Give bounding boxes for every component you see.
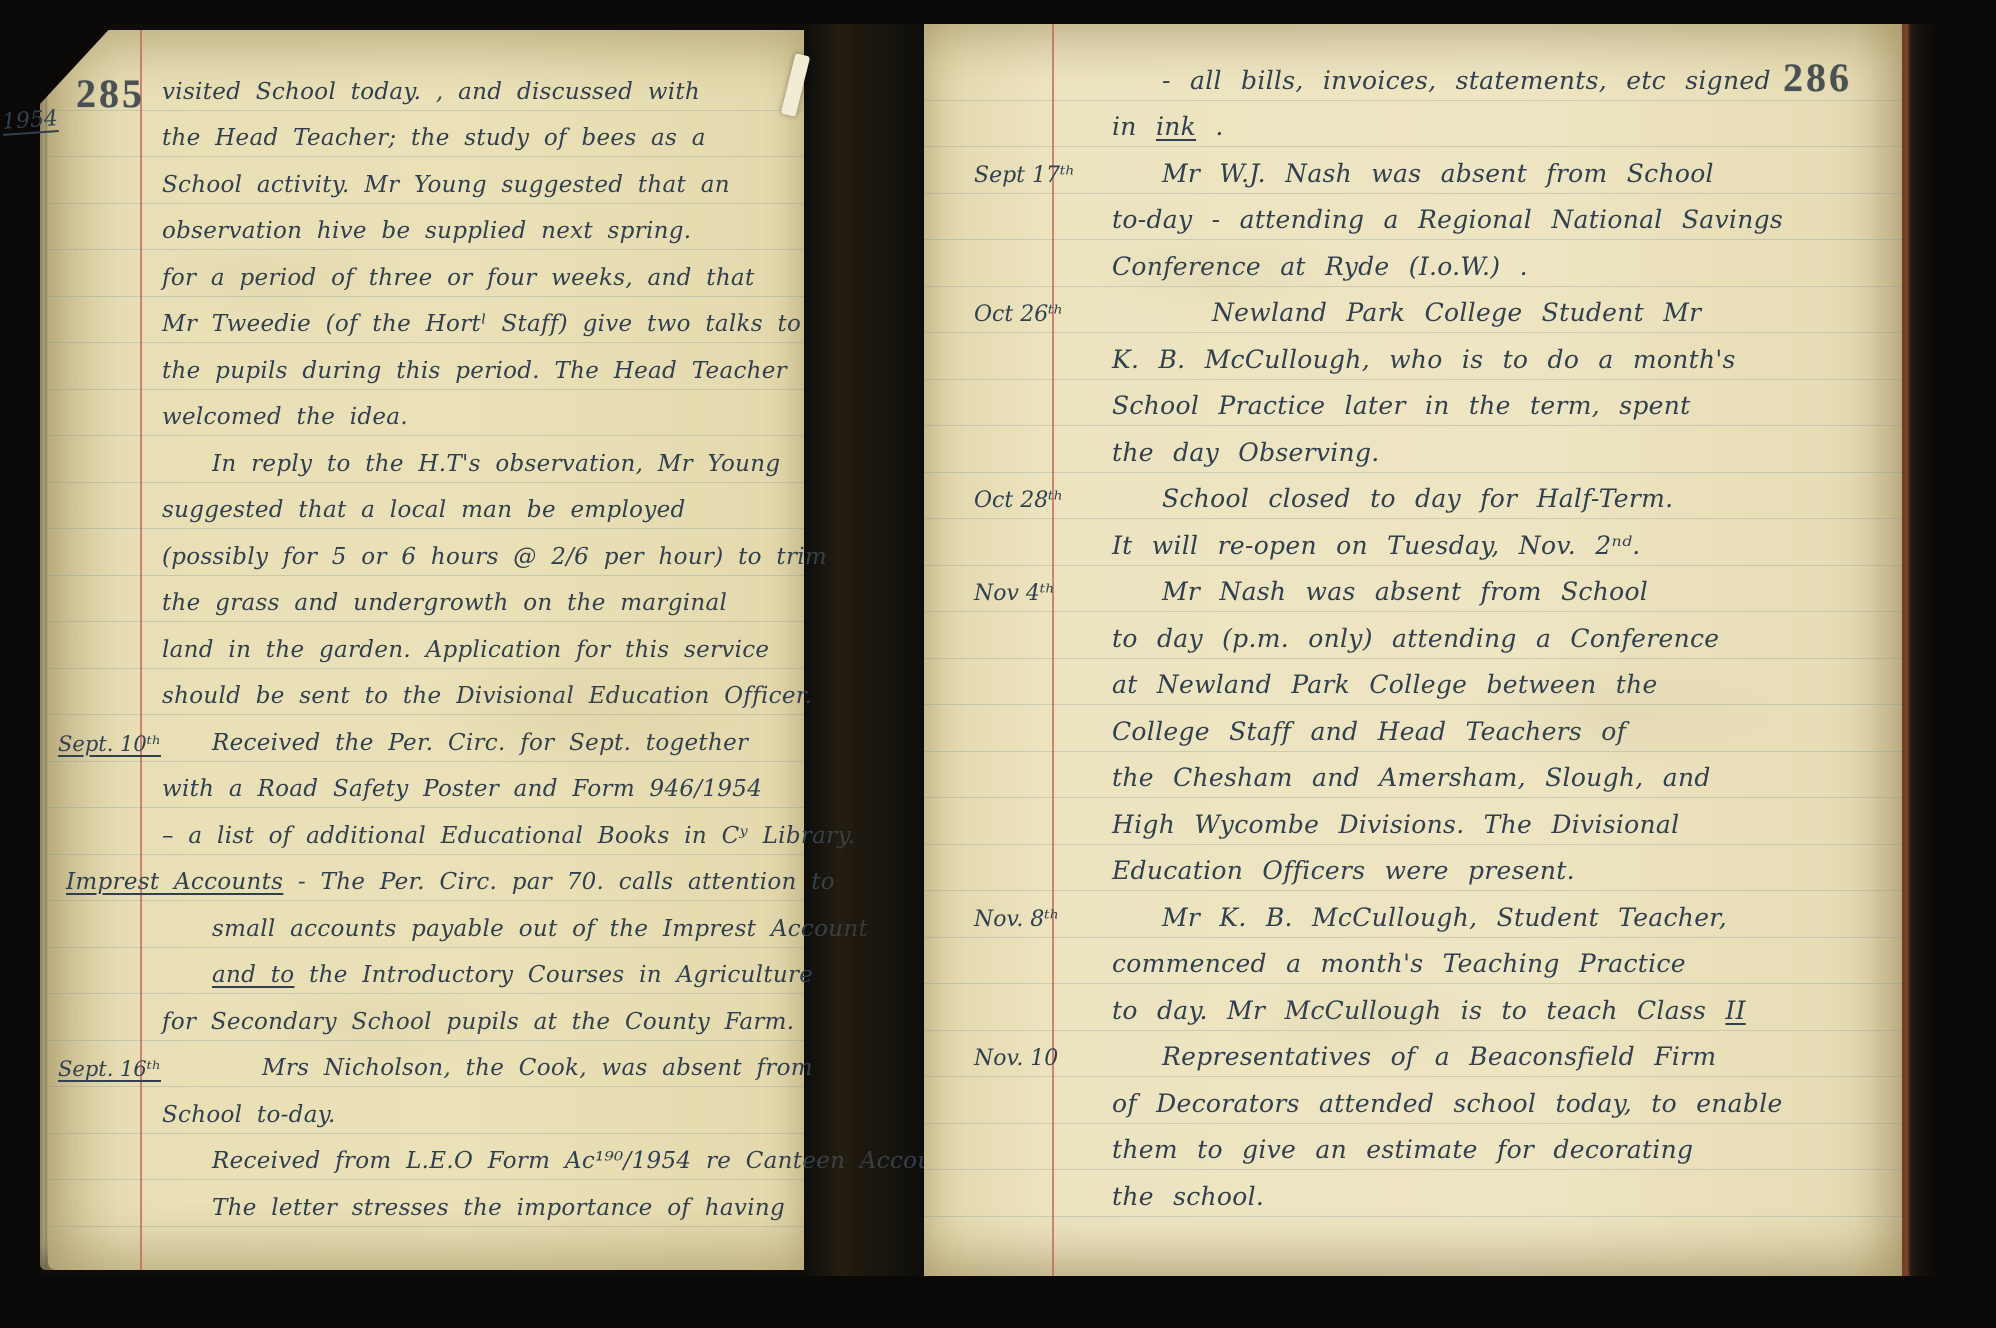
entry-text: should be sent to the Divisional Educati… [162,683,812,714]
margin-date [48,570,154,575]
entry-text-segment: the Introductory Courses in Agriculture [294,962,813,988]
entry-row: Mr Tweedie (of the Hortˡ Staff) give two… [48,297,804,344]
entry-row: the grass and undergrowth on the margina… [48,576,804,623]
entry-row: – a list of additional Educational Books… [48,808,804,855]
entry-text-segment: Received from L.E.O Form Ac¹⁹⁰/1954 re C… [212,1148,969,1174]
logbook: 285 1954 visited School today. , and dis… [40,24,1936,1276]
margin-date: Oct 28ᵗʰ [924,488,1104,518]
entry-text: College Staff and Head Teachers of [1112,717,1626,751]
entry-text: K. B. McCullough, who is to do a month's [1112,345,1736,379]
entry-row: them to give an estimate for decorating [924,1124,1912,1171]
entry-text-segment: Mr W.J. Nash was absent from School [1162,159,1714,188]
entry-row: with a Road Safety Poster and Form 946/1… [48,762,804,809]
margin-date [48,849,154,854]
entry-text: to-day - attending a Regional National S… [1112,205,1783,239]
entry-text: suggested that a local man be employed [162,497,686,528]
entry-row: suggested that a local man be employed [48,483,804,530]
entry-text: the pupils during this period. The Head … [162,358,787,389]
entry-row: Oct 28ᵗʰSchool closed to day for Half-Te… [924,473,1912,520]
entry-row: Nov. 10Representatives of a Beaconsfield… [924,1031,1912,1078]
entry-row: School Practice later in the term, spent [924,380,1912,427]
margin-date [48,942,154,947]
entry-row: Imprest Accounts - The Per. Circ. par 70… [48,855,804,902]
margin-date [48,523,154,528]
entry-row: The letter stresses the importance of ha… [48,1180,804,1227]
margin-date [48,291,154,296]
margin-date: Oct 26ᵗʰ [924,302,1104,332]
entry-row: Sept. 10ᵗʰReceived the Per. Circ. for Se… [48,715,804,762]
entry-row: to day (p.m. only) attending a Conferenc… [924,612,1912,659]
margin-date [924,1025,1104,1030]
entry-text: the grass and undergrowth on the margina… [162,590,727,621]
entry-row: and to the Introductory Courses in Agric… [48,948,804,995]
entry-text-segment: The letter stresses the importance of ha… [212,1195,785,1221]
margin-date [924,1118,1104,1123]
binding-edge [1902,24,1936,1276]
entry-text-segment: It will re-open on Tuesday, Nov. 2ⁿᵈ. [1112,531,1640,560]
margin-date [924,1211,1104,1216]
right-page: 286 - all bills, invoices, statements, e… [924,24,1912,1276]
entry-row: High Wycombe Divisions. The Divisional [924,798,1912,845]
entry-text: for a period of three or four weeks, and… [162,265,754,296]
entry-row: the day Observing. [924,426,1912,473]
entry-text: Representatives of a Beaconsfield Firm [1162,1042,1716,1076]
entry-text-segment: small accounts payable out of the Impres… [212,916,868,942]
entry-text: (possibly for 5 or 6 hours @ 2/6 per hou… [162,544,827,575]
entry-row: for Secondary School pupils at the Count… [48,994,804,1041]
entry-row: It will re-open on Tuesday, Nov. 2ⁿᵈ. [924,519,1912,566]
entry-row: School to-day. [48,1087,804,1134]
margin-date [924,95,1104,100]
entry-text-segment: Mr Tweedie (of the Hortˡ Staff) give two… [162,311,801,337]
entry-text: In reply to the H.T's observation, Mr Yo… [212,451,780,482]
entry-row: the Chesham and Amersham, Slough, and [924,752,1912,799]
margin-date [48,1221,154,1226]
entry-text: to day (p.m. only) attending a Conferenc… [1112,624,1719,658]
entries-left: visited School today. , and discussed wi… [48,64,804,1227]
entry-row: K. B. McCullough, who is to do a month's [924,333,1912,380]
entry-text-segment: for a period of three or four weeks, and… [162,265,754,291]
margin-date [48,988,154,993]
margin-date [924,792,1104,797]
entry-text-segment: School activity. Mr Young suggested that… [162,172,730,198]
entry-text-segment: the pupils during this period. The Head … [162,358,787,384]
entry-text: them to give an estimate for decorating [1112,1135,1693,1169]
margin-date [48,802,154,807]
entry-text-segment: Newland Park College Student Mr [1212,298,1701,327]
entry-text-segment: – a list of additional Educational Books… [162,823,855,849]
entry-text-segment: to day (p.m. only) attending a Conferenc… [1112,624,1719,653]
entry-text-segment: for Secondary School pupils at the Count… [162,1009,794,1035]
entry-text: Mr Nash was absent from School [1162,577,1648,611]
entry-text: visited School today. , and discussed wi… [162,79,700,110]
entry-text-segment: College Staff and Head Teachers of [1112,717,1626,746]
entry-text: High Wycombe Divisions. The Divisional [1112,810,1679,844]
margin-date [924,281,1104,286]
entry-text-segment: the Chesham and Amersham, Slough, and [1112,763,1711,792]
entry-text: and to the Introductory Courses in Agric… [212,962,813,993]
margin-date [924,653,1104,658]
margin-date: Sept. 10ᵗʰ [48,732,154,761]
margin-date [48,198,154,203]
entry-text: the Chesham and Amersham, Slough, and [1112,763,1711,797]
entry-row: welcomed the idea. [48,390,804,437]
margin-date [48,709,154,714]
entry-text-segment: and to [212,962,294,988]
entry-text: welcomed the idea. [162,404,408,435]
margin-date [48,151,154,156]
entry-text-segment: them to give an estimate for decorating [1112,1135,1693,1164]
entry-text-segment: II [1725,996,1745,1025]
margin-date: Sept. 16ᵗʰ [48,1057,154,1086]
margin-date [48,384,154,389]
entry-text-segment: School Practice later in the term, spent [1112,391,1690,420]
entry-text-segment: Mr Nash was absent from School [1162,577,1648,606]
margin-date [924,978,1104,983]
entry-row: the Head Teacher; the study of bees as a [48,111,804,158]
margin-date: Nov. 8ᵗʰ [924,907,1104,937]
margin-date [48,1128,154,1133]
entry-text-segment: the Head Teacher; the study of bees as a [162,125,706,151]
margin-date [48,244,154,249]
entry-text-segment: welcomed the idea. [162,404,408,430]
margin-date [924,141,1104,146]
left-page: 285 1954 visited School today. , and dis… [48,30,804,1270]
margin-date: Nov. 10 [924,1046,1104,1076]
entry-text: with a Road Safety Poster and Form 946/1… [162,776,762,807]
entry-text: the school. [1112,1182,1264,1216]
entry-row: of Decorators attended school today, to … [924,1077,1912,1124]
entry-row: Conference at Ryde (I.o.W.) . [924,240,1912,287]
margin-date: Nov 4ᵗʰ [924,581,1104,611]
entry-text: for Secondary School pupils at the Count… [162,1009,794,1040]
entry-text-segment: commenced a month's Teaching Practice [1112,949,1686,978]
margin-date [924,885,1104,890]
entry-text: the Head Teacher; the study of bees as a [162,125,706,156]
entry-row: Received from L.E.O Form Ac¹⁹⁰/1954 re C… [48,1134,804,1181]
margin-date [48,430,154,435]
entry-text-segment: School to-day. [162,1102,336,1128]
entry-text: School activity. Mr Young suggested that… [162,172,730,203]
entry-text-segment: of Decorators attended school today, to … [1112,1089,1783,1118]
entry-row: for a period of three or four weeks, and… [48,250,804,297]
entry-text: commenced a month's Teaching Practice [1112,949,1686,983]
entry-row: land in the garden. Application for this… [48,622,804,669]
entry-text: Mr W.J. Nash was absent from School [1162,159,1714,193]
entry-text: Conference at Ryde (I.o.W.) . [1112,252,1528,286]
margin-date [924,467,1104,472]
entry-text-segment: to-day - attending a Regional National S… [1112,205,1783,234]
entry-text-segment: land in the garden. Application for this… [162,637,769,663]
entry-text: It will re-open on Tuesday, Nov. 2ⁿᵈ. [1112,531,1640,565]
margin-date [48,337,154,342]
entry-text: observation hive be supplied next spring… [162,218,691,249]
entry-row: observation hive be supplied next spring… [48,204,804,251]
margin-date [924,1164,1104,1169]
entry-row: should be sent to the Divisional Educati… [48,669,804,716]
entry-text: School Practice later in the term, spent [1112,391,1690,425]
entry-row: Nov. 8ᵗʰMr K. B. McCullough, Student Tea… [924,891,1912,938]
entry-text-segment: K. B. McCullough, who is to do a month's [1112,345,1736,374]
entry-text-segment: (possibly for 5 or 6 hours @ 2/6 per hou… [162,544,827,570]
margin-date [48,477,154,482]
entry-row: to day. Mr McCullough is to teach Class … [924,984,1912,1031]
entry-text: Education Officers were present. [1112,856,1575,890]
entry-text-segment: . [1196,112,1224,141]
entry-text-segment: should be sent to the Divisional Educati… [162,683,812,709]
entry-text: in ink . [1112,112,1224,146]
entry-row: College Staff and Head Teachers of [924,705,1912,752]
entry-text-segment: Received the Per. Circ. for Sept. togeth… [212,730,748,756]
entry-text-segment: observation hive be supplied next spring… [162,218,691,244]
entry-text-segment: ink [1156,112,1196,141]
entry-row: the pupils during this period. The Head … [48,343,804,390]
entry-row: commenced a month's Teaching Practice [924,938,1912,985]
margin-date [48,663,154,668]
entry-text: small accounts payable out of the Impres… [212,916,868,947]
entry-text: Mr K. B. McCullough, Student Teacher, [1162,903,1727,937]
entry-row: Nov 4ᵗʰMr Nash was absent from School [924,566,1912,613]
entry-text: Newland Park College Student Mr [1212,298,1701,332]
margin-date [48,105,154,110]
entries-right: - all bills, invoices, statements, etc s… [924,54,1912,1217]
entry-text: of Decorators attended school today, to … [1112,1089,1783,1123]
entry-row: Sept 17ᵗʰMr W.J. Nash was absent from Sc… [924,147,1912,194]
entry-text: Mrs Nicholson, the Cook, was absent from [262,1055,813,1086]
entry-text-segment: Representatives of a Beaconsfield Firm [1162,1042,1716,1071]
entry-text-segment: In reply to the H.T's observation, Mr Yo… [212,451,780,477]
entry-row: Oct 26ᵗʰNewland Park College Student Mr [924,287,1912,334]
entry-text-segment: Education Officers were present. [1112,856,1575,885]
entry-row: the school. [924,1170,1912,1217]
gutter-shadow [804,24,924,1276]
entry-text-segment: to day. Mr McCullough is to teach Class [1112,996,1725,1025]
entry-text: School closed to day for Half-Term. [1162,484,1673,518]
entry-text-segment: in [1112,112,1156,141]
entry-text: Received the Per. Circ. for Sept. togeth… [212,730,748,761]
entry-text: Received from L.E.O Form Ac¹⁹⁰/1954 re C… [212,1148,969,1179]
entry-text: Imprest Accounts - The Per. Circ. par 70… [66,869,835,900]
entry-text: – a list of additional Educational Books… [162,823,855,854]
margin-date [924,699,1104,704]
entry-row: (possibly for 5 or 6 hours @ 2/6 per hou… [48,529,804,576]
entry-text: School to-day. [162,1102,336,1133]
margin-date [48,1035,154,1040]
entry-text-segment: School closed to day for Half-Term. [1162,484,1673,513]
entry-text-segment: - all bills, invoices, statements, etc s… [1162,66,1771,95]
entry-text-segment: visited School today. , and discussed wi… [162,79,700,105]
entry-text-segment: Conference at Ryde (I.o.W.) . [1112,252,1528,281]
entry-row: at Newland Park College between the [924,659,1912,706]
entry-row: small accounts payable out of the Impres… [48,901,804,948]
entry-text-segment: suggested that a local man be employed [162,497,686,523]
entry-text: Mr Tweedie (of the Hortˡ Staff) give two… [162,311,801,342]
margin-date: Sept 17ᵗʰ [924,163,1104,193]
entry-text: land in the garden. Application for this… [162,637,769,668]
entry-row: In reply to the H.T's observation, Mr Yo… [48,436,804,483]
entry-row: School activity. Mr Young suggested that… [48,157,804,204]
entry-text-segment: Mrs Nicholson, the Cook, was absent from [262,1055,813,1081]
entry-text: the day Observing. [1112,438,1380,472]
entry-row: Education Officers were present. [924,845,1912,892]
entry-row: in ink . [924,101,1912,148]
margin-date [924,746,1104,751]
entry-text: at Newland Park College between the [1112,670,1658,704]
margin-date [48,1174,154,1179]
entry-text-segment: the school. [1112,1182,1264,1211]
entry-text: - all bills, invoices, statements, etc s… [1162,66,1771,100]
entry-text-segment: Mr K. B. McCullough, Student Teacher, [1162,903,1727,932]
margin-date [924,839,1104,844]
entry-row: to-day - attending a Regional National S… [924,194,1912,241]
margin-date [48,616,154,621]
entry-text: The letter stresses the importance of ha… [212,1195,785,1226]
margin-date [924,560,1104,565]
entry-text-segment: the day Observing. [1112,438,1380,467]
entry-text-segment: High Wycombe Divisions. The Divisional [1112,810,1679,839]
margin-date [924,420,1104,425]
entry-text-segment: with a Road Safety Poster and Form 946/1… [162,776,762,802]
entry-text: to day. Mr McCullough is to teach Class … [1112,996,1746,1030]
entry-text-segment: at Newland Park College between the [1112,670,1658,699]
entry-row: visited School today. , and discussed wi… [48,64,804,111]
entry-text-segment: the grass and undergrowth on the margina… [162,590,727,616]
margin-date [924,234,1104,239]
entry-text-segment: Imprest Accounts [66,869,283,895]
entry-row: - all bills, invoices, statements, etc s… [924,54,1912,101]
entry-row: Sept. 16ᵗʰMrs Nicholson, the Cook, was a… [48,1041,804,1088]
entry-text-segment: - The Per. Circ. par 70. calls attention… [283,869,835,895]
margin-date [924,374,1104,379]
